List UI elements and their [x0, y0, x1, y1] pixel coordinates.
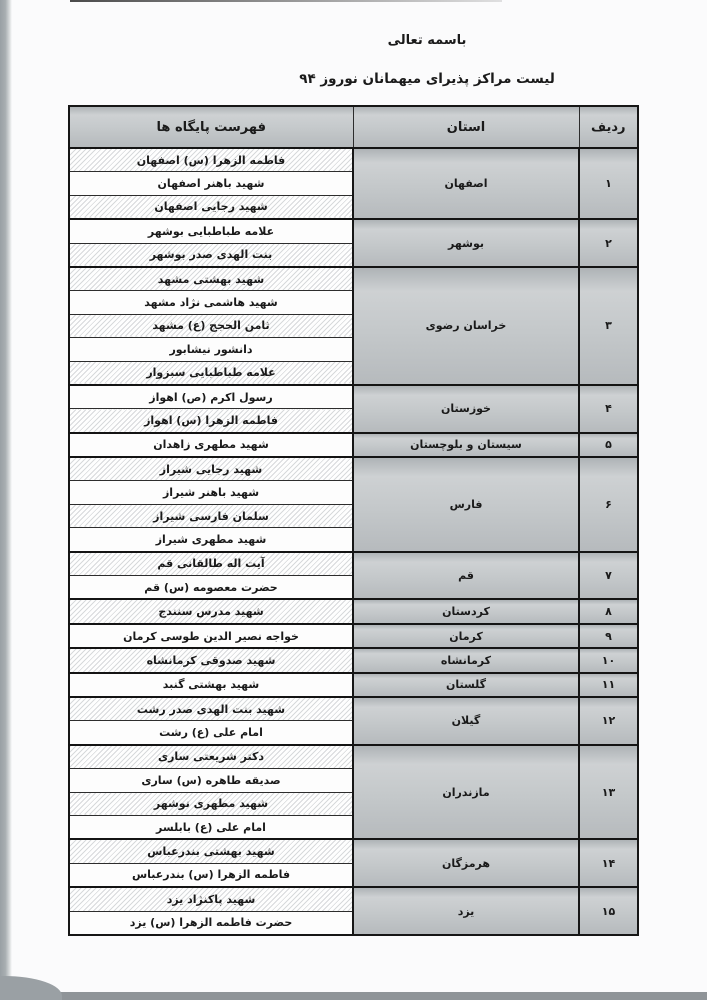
- center-cell: امام علی (ع) بابلسر: [69, 815, 353, 839]
- table-row: ۱۴هرمزگانشهید بهشتی بندرعباس: [69, 839, 638, 863]
- center-cell: صدیقه طاهره (س) ساری: [69, 769, 353, 792]
- province-cell: قم: [353, 552, 579, 600]
- table-row: ۴خوزستانرسول اکرم (ص) اهواز: [69, 385, 638, 409]
- center-cell: شهید بهشتی گنبد: [69, 673, 353, 697]
- header-row-number: ردیف: [579, 106, 638, 148]
- center-cell: شهید رجایی شیراز: [69, 457, 353, 481]
- center-cell: شهید باهنر شیراز: [69, 481, 353, 504]
- header-province: استان: [353, 106, 579, 148]
- table-body: ۱اصفهانفاطمه الزهرا (س) اصفهانشهید باهنر…: [69, 148, 638, 935]
- table-row: ۶فارسشهید رجایی شیراز: [69, 457, 638, 481]
- province-cell: بوشهر: [353, 219, 579, 267]
- center-cell: فاطمه الزهرا (س) اهواز: [69, 409, 353, 433]
- center-cell: دانشور نیشابور: [69, 338, 353, 361]
- province-cell: فارس: [353, 457, 579, 552]
- scanner-edge-topline: [70, 0, 502, 2]
- center-cell: بنت الهدی صدر بوشهر: [69, 243, 353, 267]
- province-cell: کرمان: [353, 624, 579, 648]
- row-number-cell: ۱۰: [579, 648, 638, 672]
- center-cell: شهید مطهری زاهدان: [69, 433, 353, 457]
- table-row: ۳خراسان رضویشهید بهشتی مشهد: [69, 267, 638, 291]
- table-row: ۵سیستان و بلوچستانشهید مطهری زاهدان: [69, 433, 638, 457]
- table-row: ۱۰کرمانشاهشهید صدوقی کرمانشاه: [69, 648, 638, 672]
- center-cell: شهید مطهری شیراز: [69, 528, 353, 552]
- province-cell: کردستان: [353, 599, 579, 623]
- province-cell: کرمانشاه: [353, 648, 579, 672]
- center-cell: رسول اکرم (ص) اهواز: [69, 385, 353, 409]
- row-number-cell: ۷: [579, 552, 638, 600]
- header-centers-list: فهرست پایگاه ها: [69, 106, 353, 148]
- center-cell: شهید بنت الهدی صدر رشت: [69, 697, 353, 721]
- page-title: لیست مراکز پذیرای میهمانان نوروز ۹۴: [299, 71, 555, 87]
- center-cell: شهید بهشتی بندرعباس: [69, 839, 353, 863]
- province-cell: سیستان و بلوچستان: [353, 433, 579, 457]
- province-cell: یزد: [353, 887, 579, 935]
- row-number-cell: ۱۵: [579, 887, 638, 935]
- table-row: ۷قمآیت اله طالقانی قم: [69, 552, 638, 576]
- center-cell: شهید رجایی اصفهان: [69, 195, 353, 219]
- center-cell: امام علی (ع) رشت: [69, 721, 353, 745]
- center-cell: آیت اله طالقانی قم: [69, 552, 353, 576]
- row-number-cell: ۸: [579, 599, 638, 623]
- scanner-edge-left: [0, 0, 12, 1000]
- row-number-cell: ۱۱: [579, 673, 638, 697]
- center-cell: شهید باهنر اصفهان: [69, 172, 353, 195]
- center-cell: سلمان فارسی شیراز: [69, 504, 353, 527]
- center-cell: شهید مطهری نوشهر: [69, 792, 353, 815]
- center-cell: شهید مدرس سنندج: [69, 599, 353, 623]
- table-row: ۱اصفهانفاطمه الزهرا (س) اصفهان: [69, 148, 638, 172]
- center-cell: حضرت فاطمه الزهرا (س) یزد: [69, 911, 353, 935]
- row-number-cell: ۱۳: [579, 745, 638, 840]
- table-row: ۸کردستانشهید مدرس سنندج: [69, 599, 638, 623]
- table-row: ۱۲گیلانشهید بنت الهدی صدر رشت: [69, 697, 638, 721]
- center-cell: شهید بهشتی مشهد: [69, 267, 353, 291]
- row-number-cell: ۹: [579, 624, 638, 648]
- row-number-cell: ۶: [579, 457, 638, 552]
- table-row: ۹کرمانخواجه نصیر الدین طوسی کرمان: [69, 624, 638, 648]
- center-cell: خواجه نصیر الدین طوسی کرمان: [69, 624, 353, 648]
- table-row: ۲بوشهرعلامه طباطبایی بوشهر: [69, 219, 638, 243]
- center-cell: علامه طباطبایی سبزوار: [69, 361, 353, 385]
- row-number-cell: ۳: [579, 267, 638, 385]
- page-corner-curl: [0, 976, 62, 1000]
- center-cell: علامه طباطبایی بوشهر: [69, 219, 353, 243]
- center-cell: فاطمه الزهرا (س) اصفهان: [69, 148, 353, 172]
- center-cell: شهید صدوقی کرمانشاه: [69, 648, 353, 672]
- center-cell: فاطمه الزهرا (س) بندرعباس: [69, 863, 353, 887]
- table-row: ۱۳مازندراندکتر شریعتی ساری: [69, 745, 638, 769]
- province-cell: مازندران: [353, 745, 579, 840]
- province-cell: خوزستان: [353, 385, 579, 433]
- basmala-text: باسمه تعالی: [388, 33, 467, 48]
- province-cell: هرمزگان: [353, 839, 579, 887]
- scanned-document-page: { "page": { "basmala": "باسمه تعالی", "t…: [0, 0, 707, 1000]
- province-cell: اصفهان: [353, 148, 579, 219]
- center-cell: شهید پاکنژاد یزد: [69, 887, 353, 911]
- center-cell: ثامن الحجج (ع) مشهد: [69, 314, 353, 337]
- nowruz-centers-table: ردیف استان فهرست پایگاه ها ۱اصفهانفاطمه …: [68, 105, 639, 936]
- row-number-cell: ۵: [579, 433, 638, 457]
- province-cell: گیلان: [353, 697, 579, 745]
- table-row: ۱۱گلستانشهید بهشتی گنبد: [69, 673, 638, 697]
- row-number-cell: ۱۲: [579, 697, 638, 745]
- row-number-cell: ۲: [579, 219, 638, 267]
- province-cell: خراسان رضوی: [353, 267, 579, 385]
- row-number-cell: ۱۴: [579, 839, 638, 887]
- center-cell: دکتر شریعتی ساری: [69, 745, 353, 769]
- province-cell: گلستان: [353, 673, 579, 697]
- row-number-cell: ۱: [579, 148, 638, 219]
- row-number-cell: ۴: [579, 385, 638, 433]
- table-row: ۱۵یزدشهید پاکنژاد یزد: [69, 887, 638, 911]
- center-cell: شهید هاشمی نژاد مشهد: [69, 291, 353, 314]
- scanner-edge-bottom: [0, 992, 707, 1000]
- center-cell: حضرت معصومه (س) قم: [69, 576, 353, 600]
- table-header-row: ردیف استان فهرست پایگاه ها: [69, 106, 638, 148]
